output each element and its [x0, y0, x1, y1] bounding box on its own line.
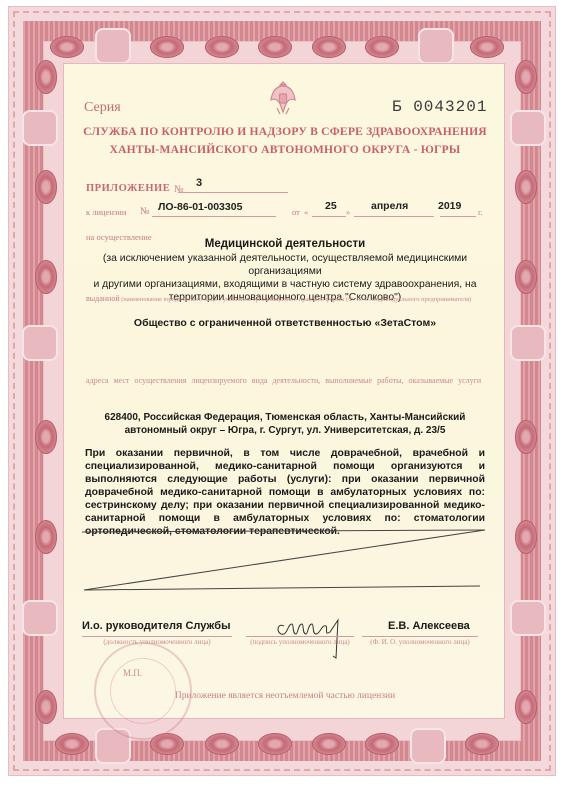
activity-title: Медицинской деятельности: [70, 238, 500, 250]
ornament-icon: [515, 690, 537, 724]
series-number: Б 0043201: [392, 98, 487, 116]
ornament-icon: [470, 36, 504, 58]
date-month: апреля: [371, 200, 408, 212]
ornament-icon: [35, 520, 57, 554]
appendix-number-underline: [178, 191, 288, 193]
ornament-icon: [35, 60, 57, 94]
ornament-icon: [55, 733, 89, 755]
year-suffix: г.: [478, 207, 483, 217]
ornament-icon: [312, 36, 346, 58]
month-underline: [354, 215, 434, 217]
license-number: ЛО-86-01-003305: [158, 201, 242, 213]
knot-ornament-icon: [418, 28, 454, 64]
ornament-icon: [515, 420, 537, 454]
ornament-icon: [258, 36, 292, 58]
date-quote-open: «: [304, 207, 308, 217]
knot-ornament-icon: [510, 110, 546, 146]
signer-position: И.о. руководителя Службы: [82, 620, 231, 632]
activity-note-line-2: и другими организациями, входящими в час…: [70, 278, 500, 291]
date-day: 25: [325, 200, 337, 212]
ornament-icon: [35, 420, 57, 454]
ornament-icon: [515, 260, 537, 294]
ornament-icon: [35, 690, 57, 724]
cancellation-z-lines: [60, 520, 500, 600]
knot-ornament-icon: [510, 600, 546, 636]
license-number-sign: №: [140, 206, 150, 217]
ornament-icon: [515, 520, 537, 554]
knot-ornament-icon: [95, 28, 131, 64]
ornament-icon: [50, 36, 84, 58]
signer-name-caption: (Ф. И. О. уполномоченного лица): [362, 638, 478, 646]
knot-ornament-icon: [22, 600, 58, 636]
ornament-icon: [365, 733, 399, 755]
date-from-label: от: [292, 207, 300, 217]
ornament-icon: [150, 36, 184, 58]
license-number-underline: [152, 215, 276, 217]
position-underline: [82, 635, 232, 637]
license-label: к лицензии: [86, 207, 126, 217]
agency-line-1: СЛУЖБА ПО КОНТРОЛЮ И НАДЗОРУ В СФЕРЕ ЗДР…: [70, 123, 500, 141]
address-line-1: 628400, Российская Федерация, Тюменская …: [70, 411, 500, 424]
organization-name: Общество с ограниченной ответственностью…: [70, 317, 500, 329]
signer-name-underline: [362, 635, 478, 637]
knot-ornament-icon: [22, 325, 58, 361]
issued-label: выданной: [86, 294, 120, 303]
ornament-icon: [365, 36, 399, 58]
knot-ornament-icon: [410, 728, 446, 764]
issued-hint: (наименование юридического лица с указан…: [121, 296, 471, 303]
date-quote-close: »: [346, 207, 350, 217]
ornament-icon: [35, 170, 57, 204]
appendix-number: 3: [196, 177, 202, 189]
signer-position-caption: (должность уполномоченного лица): [82, 638, 232, 646]
ornament-icon: [205, 733, 239, 755]
seal-label: М.П.: [123, 668, 142, 678]
knot-ornament-icon: [22, 110, 58, 146]
appendix-number-sign: №: [174, 184, 184, 195]
address-label: адреса мест осуществления лицензируемого…: [86, 376, 496, 386]
address: 628400, Российская Федерация, Тюменская …: [70, 411, 500, 437]
knot-ornament-icon: [510, 325, 546, 361]
coat-of-arms-icon: [268, 78, 298, 118]
activity-note-line-1: (за исключением указанной деятельности, …: [70, 252, 500, 278]
ornament-icon: [35, 260, 57, 294]
footer-note: Приложение является неотъемлемой частью …: [70, 691, 500, 701]
series-label: Серия: [84, 100, 121, 116]
date-year: 2019: [438, 200, 461, 212]
ornament-icon: [515, 170, 537, 204]
ornament-icon: [258, 733, 292, 755]
signature-caption: (подпись уполномоченного лица): [246, 638, 354, 646]
ornament-icon: [515, 60, 537, 94]
appendix-label: ПРИЛОЖЕНИЕ: [86, 183, 170, 194]
day-underline: [312, 215, 346, 217]
ornament-icon: [465, 733, 499, 755]
ornament-icon: [205, 36, 239, 58]
year-underline: [440, 215, 476, 217]
signature-underline: [246, 635, 354, 637]
agency-line-2: ХАНТЫ-МАНСИЙСКОГО АВТОНОМНОГО ОКРУГА - Ю…: [70, 141, 500, 159]
ornament-icon: [312, 733, 346, 755]
agency-title: СЛУЖБА ПО КОНТРОЛЮ И НАДЗОРУ В СФЕРЕ ЗДР…: [70, 123, 500, 159]
issued-block: выданной (наименование юридического лица…: [86, 294, 496, 304]
signer-name: Е.В. Алексеева: [388, 620, 470, 632]
address-line-2: автономный округ – Югра, г. Сургут, ул. …: [70, 424, 500, 437]
